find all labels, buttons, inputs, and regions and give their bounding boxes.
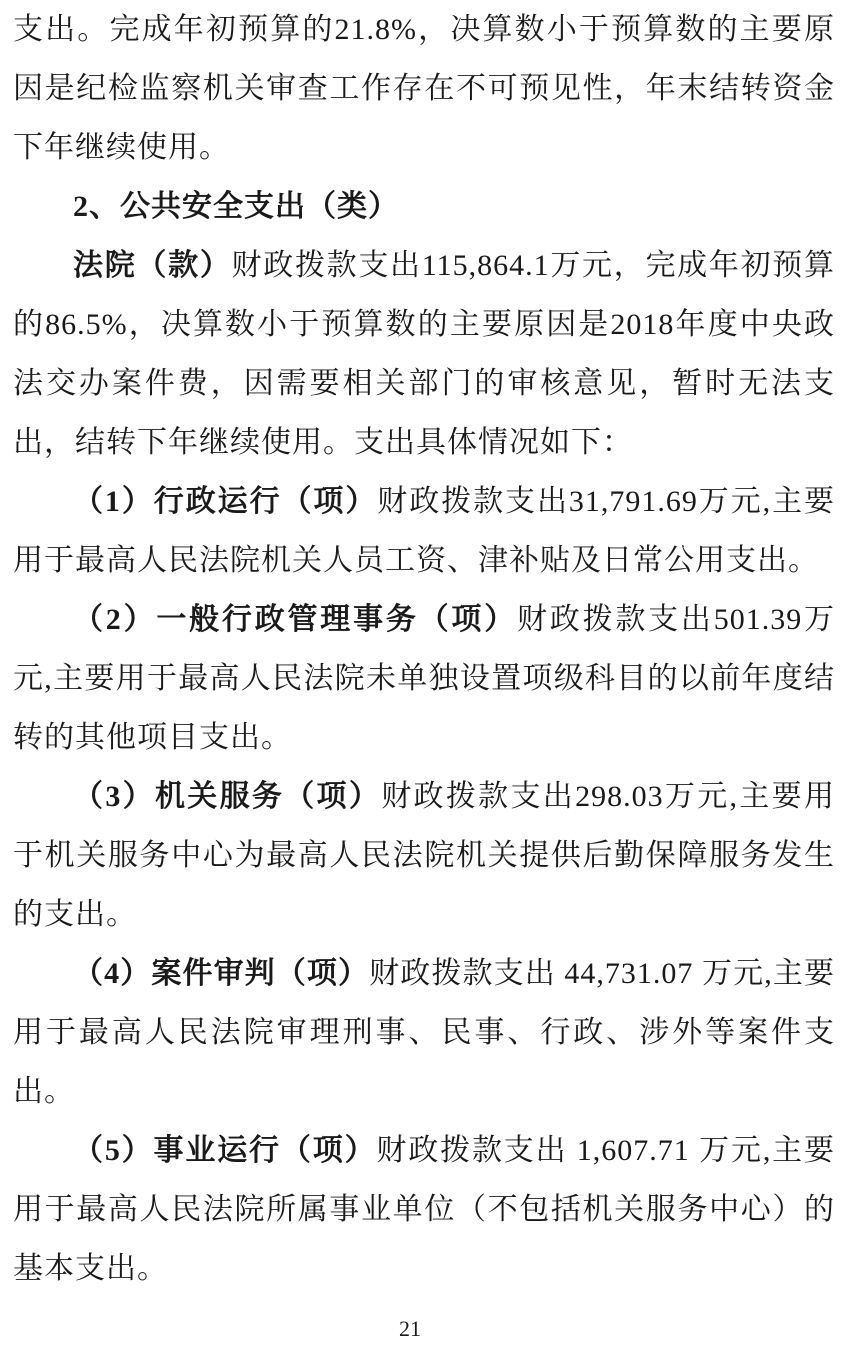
paragraph-item-2: （2）一般行政管理事务（项）财政拨款支出501.39万元,主要用于最高人民法院未… <box>13 590 835 767</box>
paragraph-item-4: （4）案件审判（项）财政拨款支出 44,731.07 万元,主要用于最高人民法院… <box>13 944 835 1121</box>
paragraph-item-3: （3）机关服务（项）财政拨款支出298.03万元,主要用于机关服务中心为最高人民… <box>13 767 835 944</box>
paragraph-court: 法院（款）财政拨款支出115,864.1万元，完成年初预算的86.5%，决算数小… <box>13 236 835 472</box>
paragraph-lead: （1）行政运行（项） <box>73 485 377 518</box>
paragraph-lead: （2）一般行政管理事务（项） <box>73 603 517 636</box>
paragraph-lead: 法院（款） <box>73 249 232 282</box>
paragraph-lead: （3）机关服务（项） <box>73 780 381 813</box>
paragraph-continuation: 支出。完成年初预算的21.8%，决算数小于预算数的主要原因是纪检监察机关审查工作… <box>13 0 835 177</box>
section-heading: 2、公共安全支出（类） <box>13 177 835 236</box>
paragraph-lead: （5）事业运行（项） <box>73 1134 376 1167</box>
document-page: 支出。完成年初预算的21.8%，决算数小于预算数的主要原因是纪检监察机关审查工作… <box>0 0 850 1364</box>
paragraph-item-1: （1）行政运行（项）财政拨款支出31,791.69万元,主要用于最高人民法院机关… <box>13 472 835 590</box>
paragraph-lead: （4）案件审判（项） <box>73 957 369 990</box>
page-number: 21 <box>0 1316 820 1342</box>
paragraph-item-5: （5）事业运行（项）财政拨款支出 1,607.71 万元,主要用于最高人民法院所… <box>13 1121 835 1298</box>
